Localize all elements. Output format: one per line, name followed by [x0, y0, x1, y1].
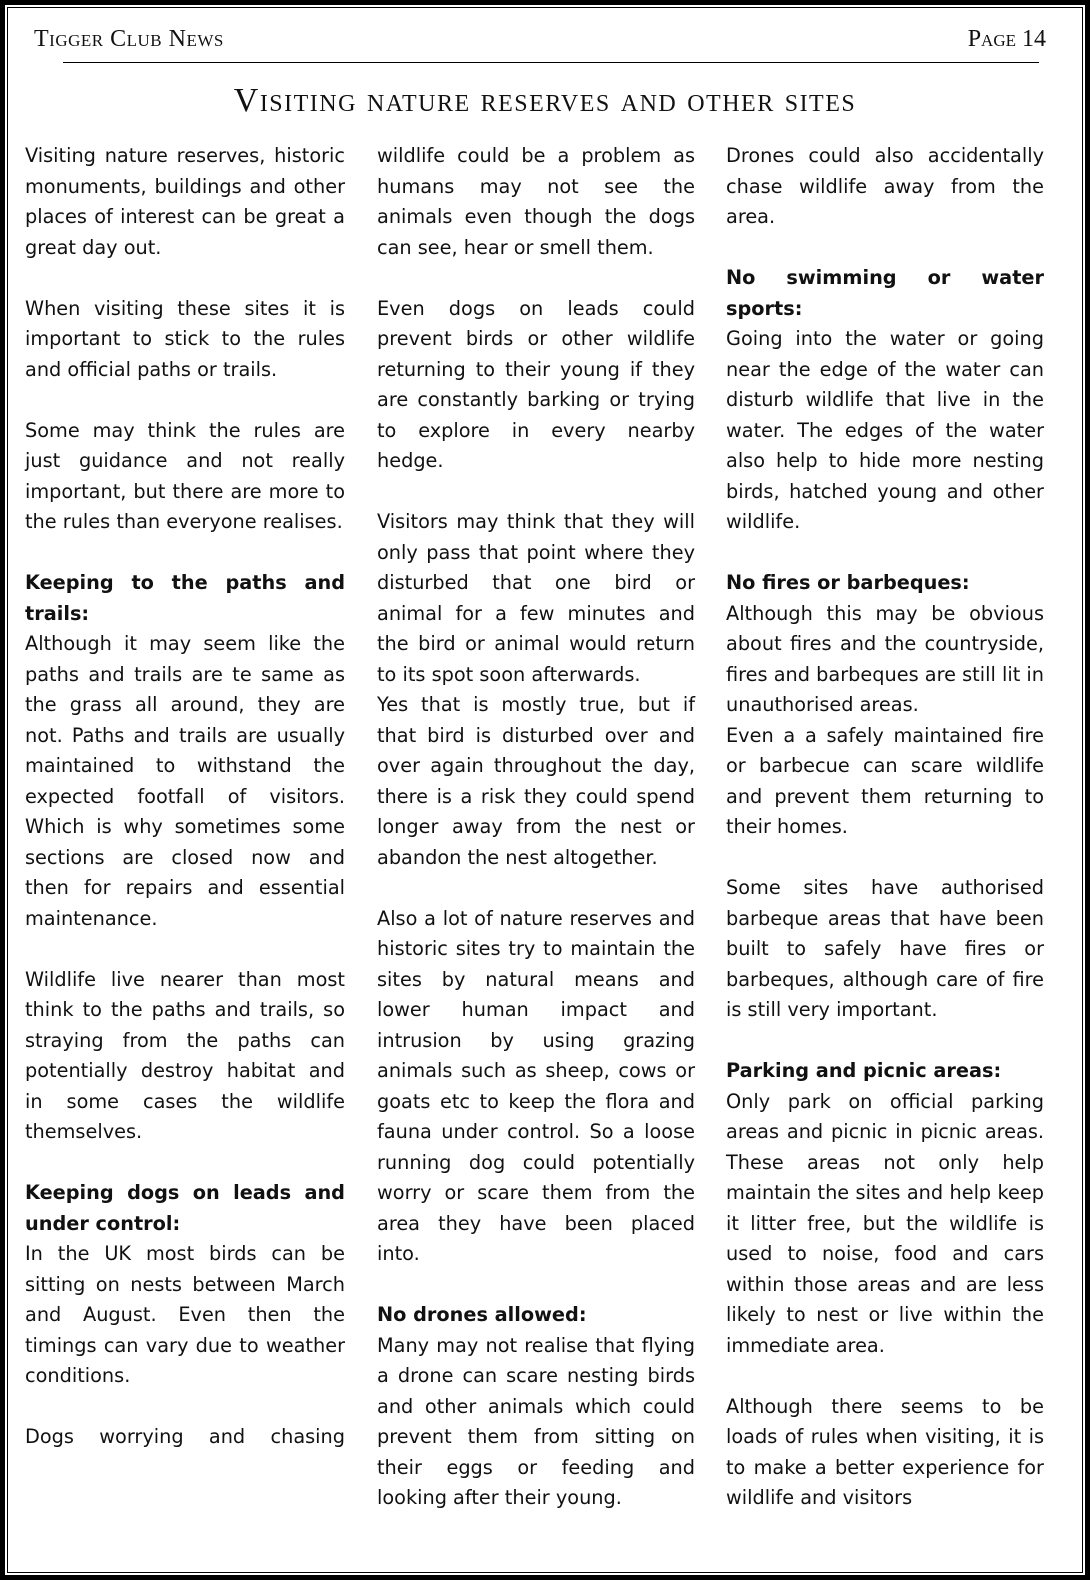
publication-title: Tigger Club News: [34, 26, 224, 53]
article-column-2: wildlife could be a problem as humans ma…: [377, 141, 695, 1514]
paragraph: Only park on official parking areas and …: [726, 1087, 1044, 1362]
paragraph: Also a lot of nature reserves and histor…: [377, 904, 695, 1270]
article-column-1: Visiting nature reserves, historic monum…: [25, 141, 345, 1453]
paragraph: Even a a safely maintained fire or barbe…: [726, 721, 1044, 843]
paragraph: When visiting these sites it is importan…: [25, 294, 345, 386]
paragraph: Wildlife live nearer than most think to …: [25, 965, 345, 1148]
section-heading-fires: No fires or barbeques:: [726, 568, 1044, 599]
section-heading-parking: Parking and picnic areas:: [726, 1056, 1044, 1087]
paragraph: Although there seems to be loads of rule…: [726, 1392, 1044, 1514]
paragraph: Visiting nature reserves, historic monum…: [25, 141, 345, 263]
page-number: Page 14: [968, 26, 1046, 53]
section-heading-swimming: No swimming or water sports:: [726, 263, 1044, 324]
section-heading-drones: No drones allowed:: [377, 1300, 695, 1331]
paragraph: In the UK most birds can be sitting on n…: [25, 1239, 345, 1392]
section-heading-paths: Keeping to the paths and trails:: [25, 568, 345, 629]
paragraph: Some may think the rules are just guidan…: [25, 416, 345, 538]
paragraph: Going into the water or going near the e…: [726, 324, 1044, 538]
article-column-3: Drones could also accidentally chase wil…: [726, 141, 1044, 1514]
paragraph: Some sites have authorised barbeque area…: [726, 873, 1044, 1026]
paragraph: Yes that is mostly true, but if that bir…: [377, 690, 695, 873]
section-heading-dogs: Keeping dogs on leads and under control:: [25, 1178, 345, 1239]
paragraph: Even dogs on leads could prevent birds o…: [377, 294, 695, 477]
header-divider: [63, 62, 1039, 63]
article-title: Visiting nature reserves and other sites: [0, 82, 1090, 120]
paragraph: Dogs worrying and chasing: [25, 1422, 345, 1453]
paragraph: Visitors may think that they will only p…: [377, 507, 695, 690]
paragraph: Although this may be obvious about fires…: [726, 599, 1044, 721]
paragraph: Many may not realise that flying a drone…: [377, 1331, 695, 1514]
paragraph: Drones could also accidentally chase wil…: [726, 141, 1044, 233]
paragraph: Although it may seem like the paths and …: [25, 629, 345, 934]
paragraph: wildlife could be a problem as humans ma…: [377, 141, 695, 263]
